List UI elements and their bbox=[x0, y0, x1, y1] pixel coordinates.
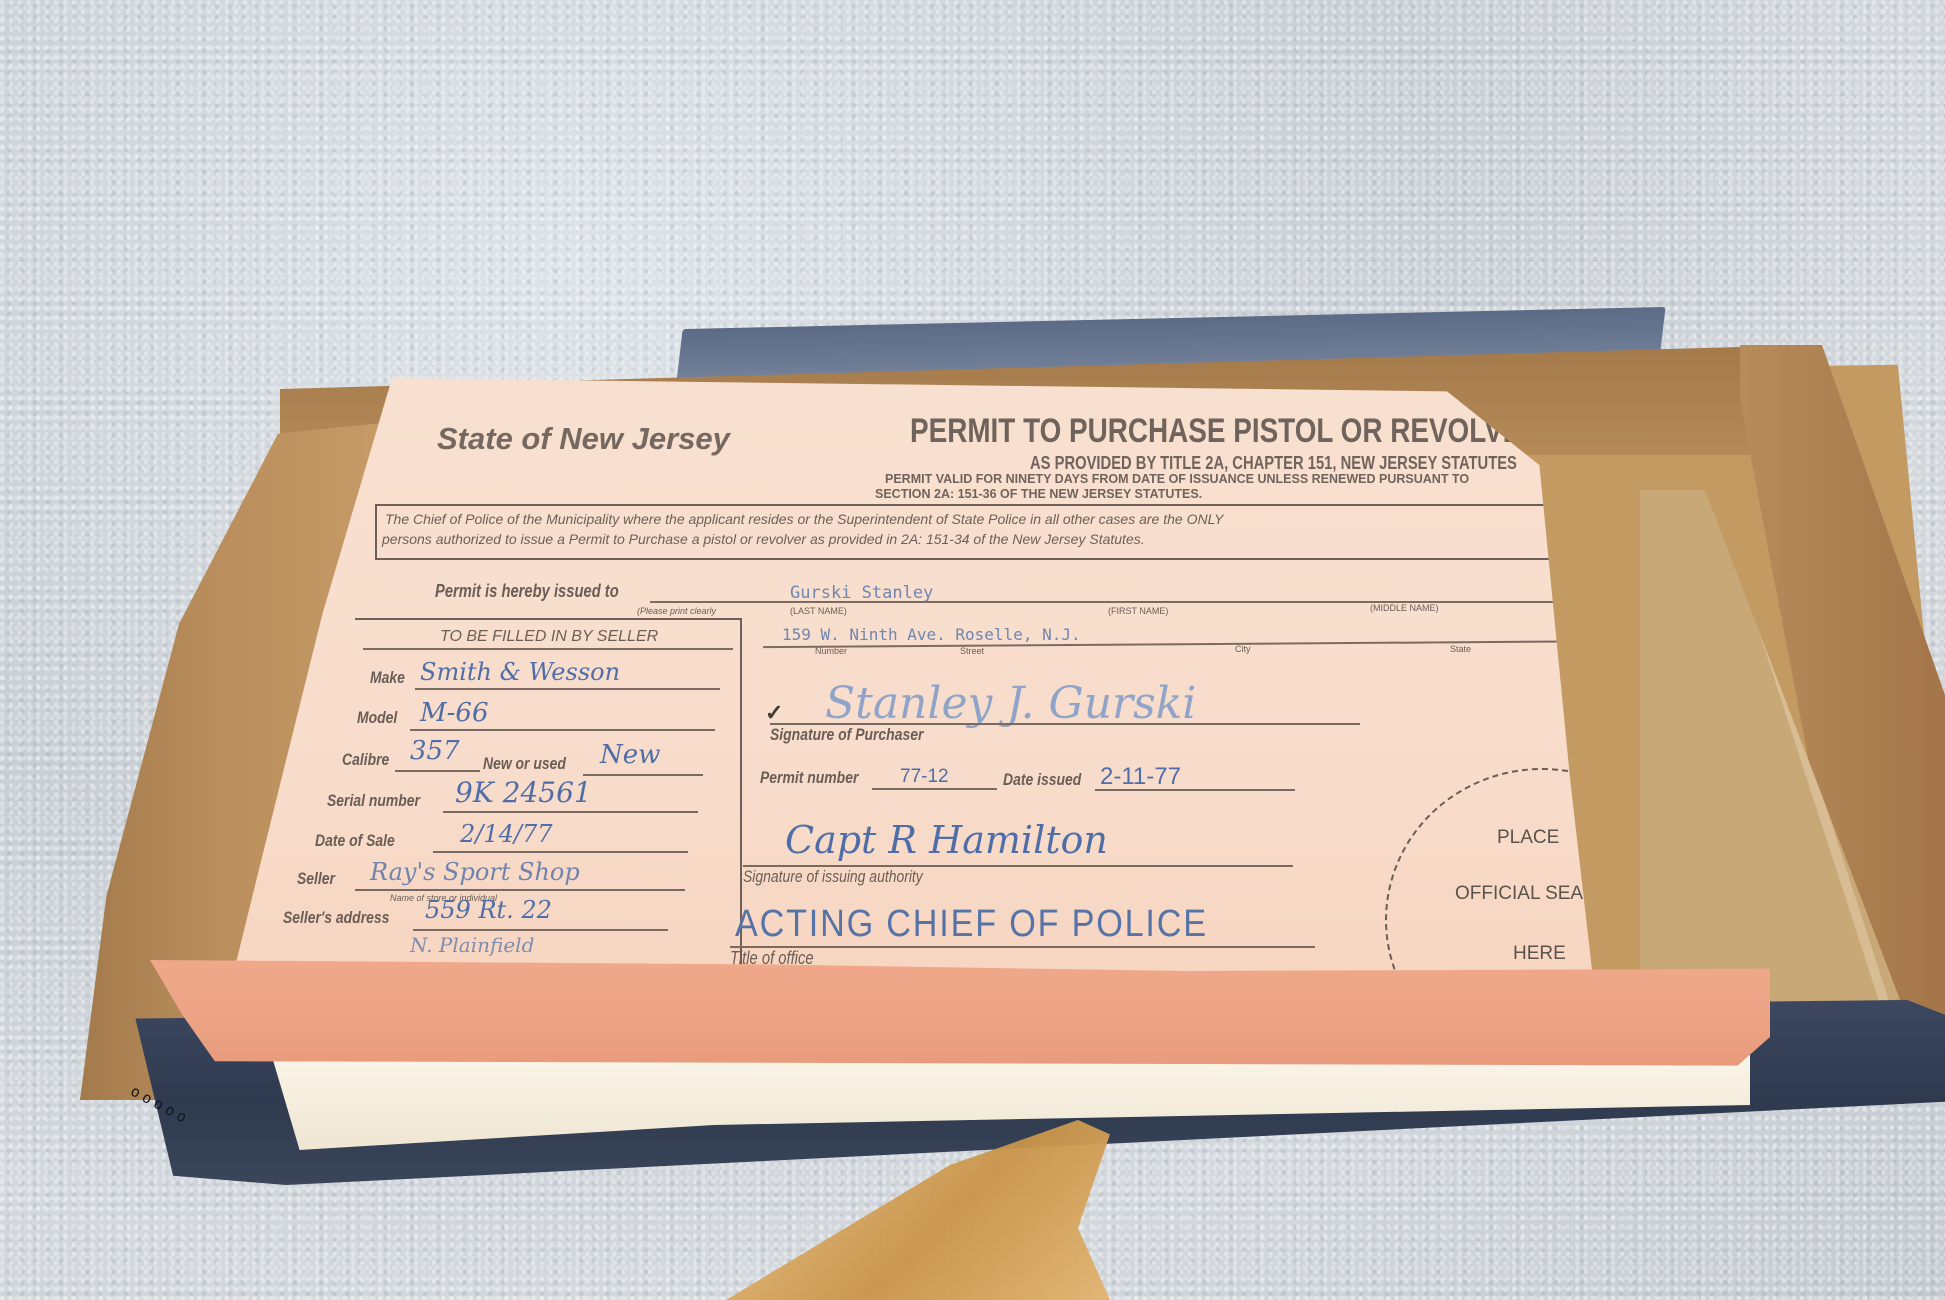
seller-address-label: Seller's address bbox=[283, 908, 389, 928]
new-used-value: New bbox=[600, 740, 660, 770]
model-value: M-66 bbox=[420, 698, 489, 728]
notice-line-1: The Chief of Police of the Municipality … bbox=[385, 511, 1223, 527]
last-name-label: (LAST NAME) bbox=[790, 606, 847, 616]
seller-address-value: 559 Rt. 22 bbox=[425, 896, 552, 924]
issued-to-label: Permit is hereby issued to bbox=[435, 581, 619, 602]
model-label: Model bbox=[357, 708, 397, 728]
permit-main-title: PERMIT TO PURCHASE PISTOL OR REVOLVER bbox=[910, 412, 1542, 451]
seller-address-line bbox=[413, 929, 668, 931]
seller-line bbox=[355, 889, 685, 891]
model-line bbox=[410, 729, 715, 731]
date-sale-value: 2/14/77 bbox=[460, 820, 553, 848]
permit-number-line bbox=[872, 788, 997, 790]
authority-signature: Capt R Hamilton bbox=[785, 818, 1108, 862]
title-office-line bbox=[730, 946, 1315, 948]
street-label: Street bbox=[960, 646, 984, 656]
permit-document: State of New Jersey PERMIT TO PURCHASE P… bbox=[215, 378, 1755, 1048]
permit-folded-flap bbox=[150, 960, 1770, 1070]
seal-line-1: PLACE bbox=[1497, 827, 1559, 849]
seller-address-value-2: N. Plainfield bbox=[410, 933, 534, 957]
seal-line-3: HERE bbox=[1513, 943, 1566, 965]
date-sale-line bbox=[433, 851, 688, 853]
first-name-label: (FIRST NAME) bbox=[1108, 606, 1168, 616]
purchaser-signature-label: Signature of Purchaser bbox=[770, 725, 923, 745]
state-title: State of New Jersey bbox=[437, 421, 730, 457]
state-label: State bbox=[1450, 644, 1471, 654]
permit-number-value: 77-12 bbox=[900, 766, 949, 788]
validity-line-1: PERMIT VALID FOR NINETY DAYS FROM DATE O… bbox=[885, 472, 1469, 486]
date-sale-label: Date of Sale bbox=[315, 831, 395, 851]
seller-section-heading: TO BE FILLED IN BY SELLER bbox=[440, 628, 658, 646]
date-issued-value: 2-11-77 bbox=[1100, 763, 1181, 791]
serial-line bbox=[443, 811, 698, 813]
permit-subtitle: AS PROVIDED BY TITLE 2A, CHAPTER 151, NE… bbox=[1030, 453, 1517, 474]
make-value: Smith & Wesson bbox=[420, 658, 620, 686]
title-office-value: ACTING CHIEF OF POLICE bbox=[735, 903, 1208, 946]
city-label: City bbox=[1235, 644, 1251, 654]
middle-name-label: (MIDDLE NAME) bbox=[1370, 603, 1439, 613]
seller-label: Seller bbox=[297, 869, 335, 889]
authority-signature-label: Signature of issuing authority bbox=[743, 867, 923, 887]
permit-number-label: Permit number bbox=[760, 768, 858, 788]
calibre-label: Calibre bbox=[342, 750, 389, 770]
purchaser-signature: Stanley J. Gurski bbox=[825, 678, 1196, 729]
calibre-value: 357 bbox=[410, 736, 460, 766]
number-label: Number bbox=[815, 646, 847, 656]
heading-line bbox=[363, 648, 733, 650]
make-label: Make bbox=[370, 668, 405, 688]
seller-value: Ray's Sport Shop bbox=[370, 858, 580, 886]
make-line bbox=[415, 688, 720, 690]
serial-value: 9K 24561 bbox=[455, 776, 592, 809]
validity-line-2: SECTION 2A: 151-36 OF THE NEW JERSEY STA… bbox=[875, 487, 1202, 501]
seal-line-2: OFFICIAL SEAL bbox=[1455, 883, 1594, 905]
address-value: 159 W. Ninth Ave. Roselle, N.J. bbox=[782, 625, 1081, 644]
new-used-label: New or used bbox=[483, 754, 566, 774]
new-used-line bbox=[583, 774, 703, 776]
serial-label: Serial number bbox=[327, 791, 420, 811]
print-clearly-hint: (Please print clearly bbox=[637, 606, 716, 616]
name-value: Gurski Stanley bbox=[790, 583, 933, 603]
calibre-line bbox=[395, 770, 480, 772]
date-issued-label: Date issued bbox=[1003, 770, 1081, 790]
notice-line-2: persons authorized to issue a Permit to … bbox=[382, 531, 1145, 547]
